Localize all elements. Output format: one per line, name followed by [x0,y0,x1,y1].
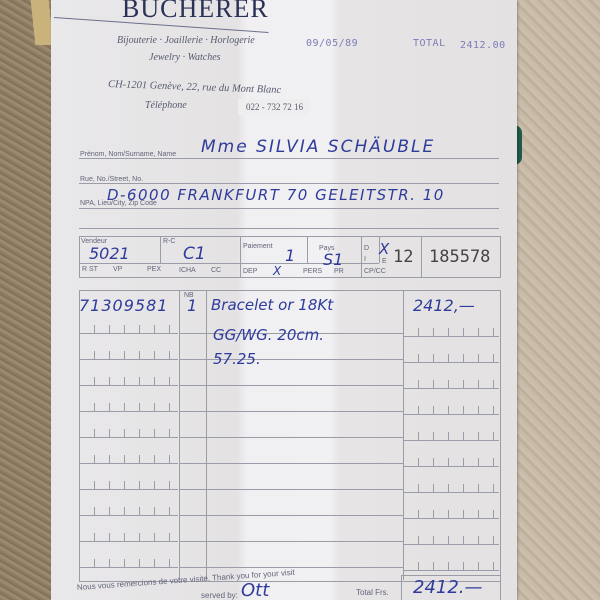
row-rule [80,403,178,412]
tagline-fr: Bijouterie · Joaillerie · Horlogerie [117,35,255,46]
row-rule [404,328,499,337]
pays-value: S1 [323,250,343,269]
vp-label: VP [113,266,122,273]
dep-mark: X [273,264,281,278]
item-article-number: 71309581 [79,296,168,315]
row-rule [80,377,178,386]
total-frs-label: Total Frs. [356,588,389,597]
slip-number: 185578 [429,247,490,267]
total-frs-value: 2412.— [413,577,483,598]
signature: Ott [241,580,269,600]
slip-prefix: 12 [393,247,413,267]
name-label: Prénom, Nom/Surname, Name [80,151,176,158]
row-rule [80,325,178,334]
item-description-line2: GG/WG. 20cm. [213,326,324,344]
row-rule [404,458,499,467]
dep-label: DEP [243,268,257,275]
brand-logo: BUCHERER [122,0,269,24]
row-rule [404,536,499,545]
pex-label: PEX [147,266,161,273]
codes-divider [240,236,241,277]
de-mark: X [379,240,389,258]
pr-label: PR [334,268,344,275]
paiement-value: 1 [285,246,295,265]
rst-label: R ST [82,266,98,273]
cpcc-label: CP/CC [364,268,386,275]
street-rule [79,183,499,184]
rc-label: R-C [163,238,175,245]
paiement-label: Paiement [243,243,273,250]
row-rule [80,455,178,464]
telephone-label: Téléphone [145,100,187,111]
row-rule [179,463,403,464]
rc-value: C1 [183,244,206,264]
served-by-label: served by: [201,591,238,600]
date-stamp: 09/05/89 [306,38,358,49]
row-rule [404,510,499,519]
row-rule [404,406,499,415]
total-value: 2412.00 [460,40,506,51]
row-rule [80,507,178,516]
customer-address: D-6000 FRANKFURT 70 GELEITSTR. 10 [107,186,445,204]
row-rule [179,385,403,386]
codes-divider [421,236,422,277]
name-rule [79,158,499,159]
item-description-line3: 57.25. [213,350,261,368]
row-rule [179,437,403,438]
customer-name: Mme SILVIA SCHÄUBLE [201,137,435,157]
codes-top-rule [79,228,499,229]
telephone-number: 022 - 732 72 16 [246,102,303,112]
row-rule [80,351,178,360]
icha-label: ICHA [179,267,196,274]
e-label: E [382,258,387,265]
row-rule [404,484,499,493]
cc-label: CC [211,267,221,274]
row-rule [80,533,178,542]
row-rule [404,380,499,389]
tagline-en: Jewelry · Watches [149,52,221,63]
i-label: I [364,256,366,263]
row-rule [80,481,178,490]
d-label: D [364,245,369,252]
total-label: TOTAL [413,38,446,49]
row-rule [179,411,403,412]
receipt: BUCHERER Bijouterie · Joaillerie · Horlo… [51,0,517,600]
row-rule [404,354,499,363]
pers-label: PERS [303,268,322,275]
vendeur-value: 5021 [89,244,130,263]
row-rule [179,541,403,542]
codes-divider [160,236,161,263]
item-description: Bracelet or 18Kt [211,296,333,314]
codes-divider [307,236,308,263]
item-quantity: 1 [187,296,197,315]
background-carpet [0,0,52,600]
item-price: 2412,— [413,296,475,315]
row-rule [80,429,178,438]
row-rule [404,432,499,441]
street-label: Rue, No./Street, No. [80,176,143,183]
row-rule [80,559,178,568]
row-rule [404,562,499,571]
codes-divider [361,236,362,277]
city-rule [79,208,499,209]
row-rule [179,489,403,490]
shop-address: CH-1201 Genève, 22, rue du Mont Blanc [108,79,281,96]
row-rule [179,515,403,516]
